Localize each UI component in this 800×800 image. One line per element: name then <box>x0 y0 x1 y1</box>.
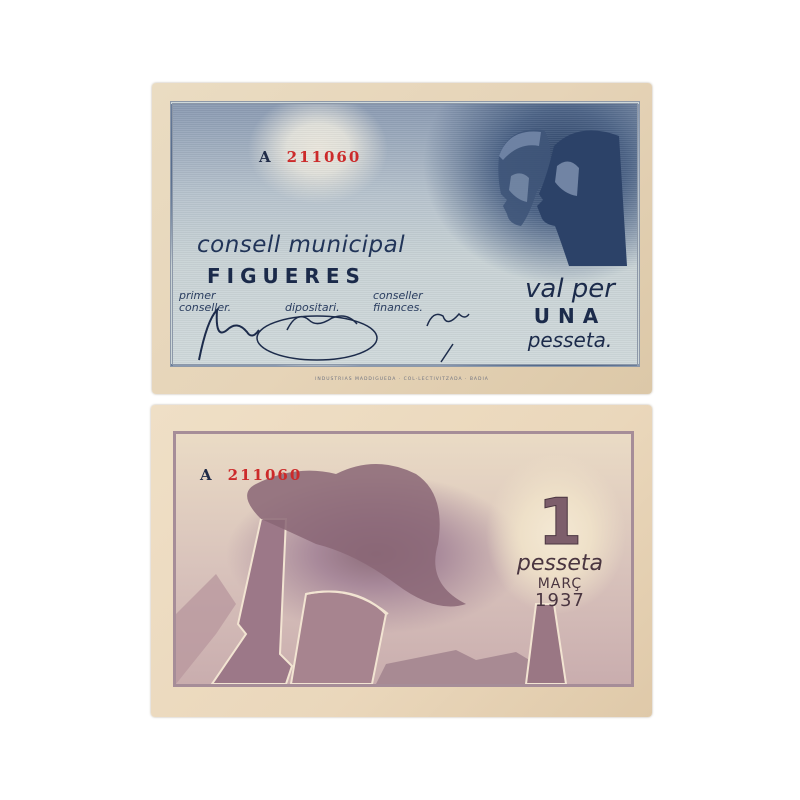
banknote-front: A211060 consell municipal FIGUERES prime… <box>152 83 652 394</box>
back-design-panel: A211060 1 pesseta MARÇ 1937 <box>173 431 634 687</box>
value-line-1: val per <box>525 274 615 304</box>
value-line-2: UNA <box>525 304 615 328</box>
denomination-block: 1 pesseta MARÇ 1937 <box>517 494 603 610</box>
denomination-unit: pesseta <box>517 552 603 576</box>
front-serial: A211060 <box>259 148 361 166</box>
printer-imprint: INDUSTRIAS MADDIGUEDA · COL·LECTIVITZADA… <box>152 377 652 382</box>
banknote-back: A211060 1 pesseta MARÇ 1937 <box>151 405 652 717</box>
serial-letter: A <box>200 466 214 484</box>
serial-letter: A <box>259 148 273 166</box>
denomination-numeral: 1 <box>517 494 603 552</box>
city-name: FIGUERES <box>207 264 366 288</box>
signatures <box>197 300 497 367</box>
front-design-panel: A211060 consell municipal FIGUERES prime… <box>170 101 640 367</box>
serial-number: 211060 <box>287 148 362 166</box>
back-serial: A211060 <box>200 466 302 484</box>
serial-number: 211060 <box>228 466 303 484</box>
two-heads-illustration <box>459 116 629 266</box>
issue-year: 1937 <box>517 592 603 610</box>
value-text: val per UNA pesseta. <box>525 274 615 352</box>
value-line-3: pesseta. <box>525 328 615 352</box>
issuer-title: consell municipal <box>197 232 405 258</box>
